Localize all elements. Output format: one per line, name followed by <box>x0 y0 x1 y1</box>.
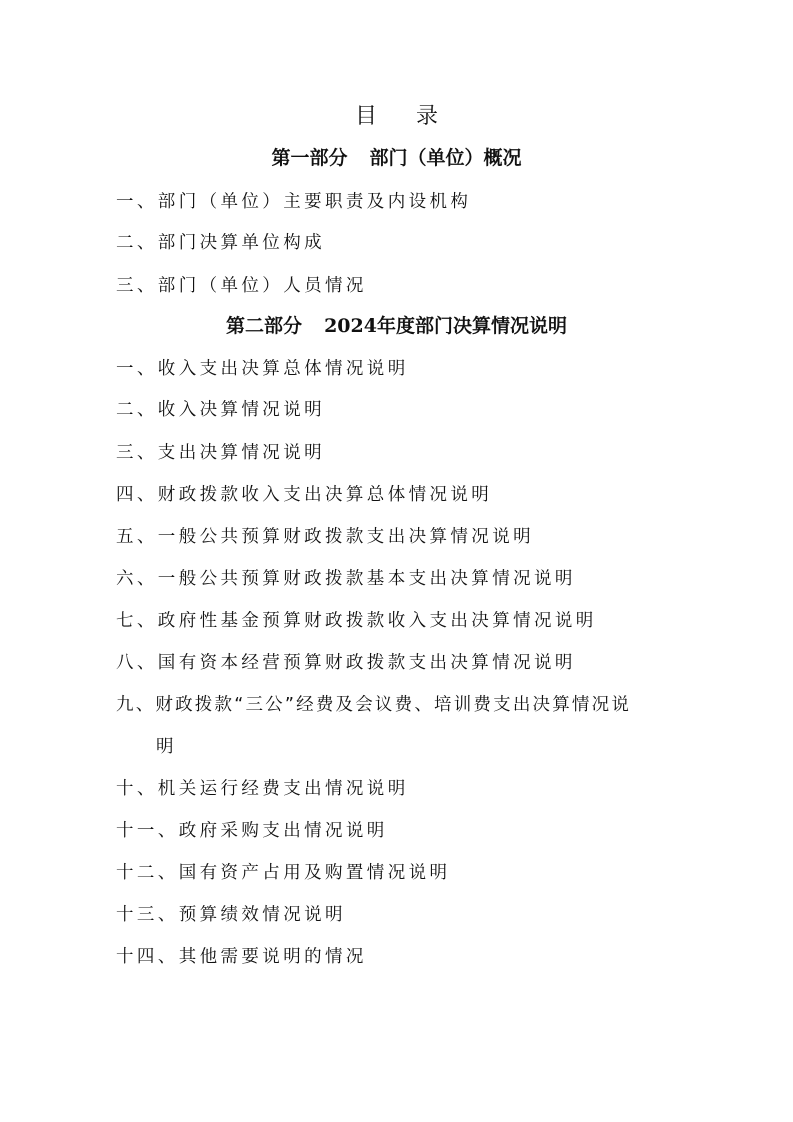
part-1-heading: 第一部分部门（单位）概况 <box>0 144 793 172</box>
toc-item[interactable]: 八、国有资本经营预算财政拨款支出决算情况说明 <box>116 649 696 677</box>
part-1-name: 部门（单位）概况 <box>370 147 522 169</box>
toc-item[interactable]: 一、收入支出决算总体情况说明 <box>116 355 696 383</box>
toc-item[interactable]: 十三、预算绩效情况说明 <box>116 901 696 929</box>
toc-item[interactable]: 三、部门（单位）人员情况 <box>116 272 696 300</box>
document-page: 目 录 第一部分部门（单位）概况 一、部门（单位）主要职责及内设机构 二、部门决… <box>0 0 793 1122</box>
toc-item[interactable]: 二、部门决算单位构成 <box>116 229 696 257</box>
toc-item[interactable]: 六、一般公共预算财政拨款基本支出决算情况说明 <box>116 565 696 593</box>
toc-item[interactable]: 十一、政府采购支出情况说明 <box>116 817 696 845</box>
toc-item-continuation[interactable]: 明 <box>156 733 736 761</box>
toc-item[interactable]: 一、部门（单位）主要职责及内设机构 <box>116 188 696 216</box>
toc-item[interactable]: 十、机关运行经费支出情况说明 <box>116 775 696 803</box>
toc-title: 目 录 <box>0 101 793 133</box>
part-2-heading: 第二部分2024年度部门决算情况说明 <box>0 312 793 340</box>
part-2-name: 2024年度部门决算情况说明 <box>324 315 567 337</box>
toc-item[interactable]: 四、财政拨款收入支出决算总体情况说明 <box>116 481 696 509</box>
toc-item[interactable]: 七、政府性基金预算财政拨款收入支出决算情况说明 <box>116 607 696 635</box>
part-1-label: 第一部分 <box>271 147 347 169</box>
toc-item[interactable]: 五、一般公共预算财政拨款支出决算情况说明 <box>116 523 696 551</box>
toc-item[interactable]: 十二、国有资产占用及购置情况说明 <box>116 859 696 887</box>
part-2-label: 第二部分 <box>226 315 302 337</box>
toc-item[interactable]: 九、财政拨款“三公”经费及会议费、培训费支出决算情况说 <box>116 691 696 719</box>
toc-item[interactable]: 三、支出决算情况说明 <box>116 439 696 467</box>
toc-item[interactable]: 十四、其他需要说明的情况 <box>116 943 696 971</box>
toc-item[interactable]: 二、收入决算情况说明 <box>116 396 696 424</box>
